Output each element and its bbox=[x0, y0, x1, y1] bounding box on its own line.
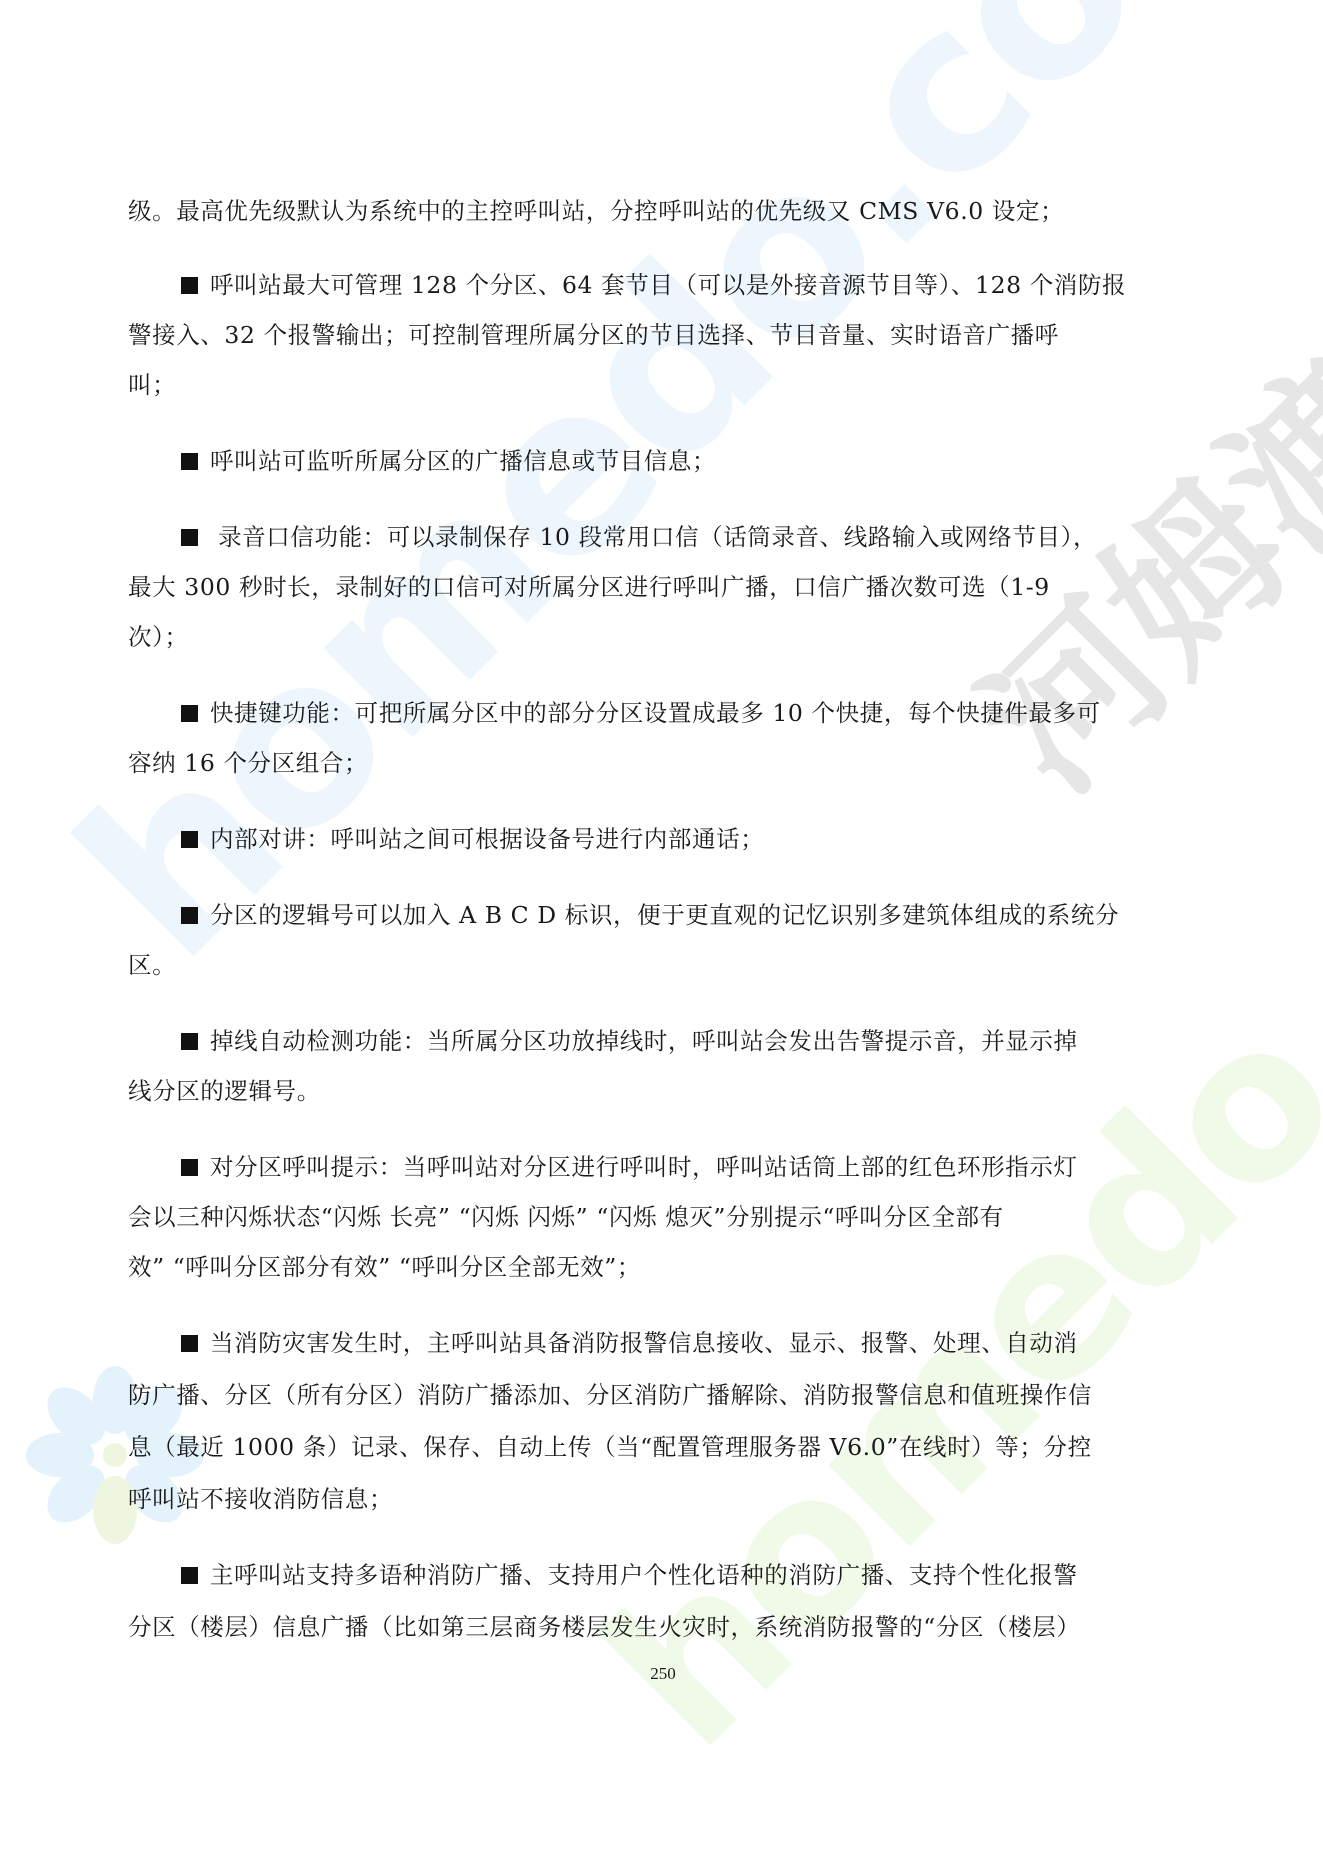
line-text: 内部对讲：呼叫站之间可根据设备号进行内部通话； bbox=[210, 825, 764, 853]
line-text: 线分区的逻辑号。 bbox=[128, 1077, 321, 1105]
paragraph-line: 息（最近 1000 条）记录、保存、自动上传（当“配置管理服务器 V6.0”在线… bbox=[128, 1432, 1092, 1462]
line-text: 掉线自动检测功能：当所属分区功放掉线时，呼叫站会发出告警提示音，并显示掉 bbox=[210, 1027, 1078, 1055]
bullet-paragraph-line: 录音口信功能：可以录制保存 10 段常用口信（话筒录音、线路输入或网络节目）， bbox=[181, 522, 1097, 552]
line-text: 容纳 16 个分区组合； bbox=[128, 749, 368, 777]
watermark-brand-text: 河姆渡 bbox=[920, 299, 1323, 833]
bullet-paragraph-line: 分区的逻辑号可以加入 A B C D 标识，便于更直观的记忆识别多建筑体组成的系… bbox=[181, 900, 1119, 930]
paragraph-line: 叫； bbox=[128, 370, 176, 400]
paragraph-line: 最大 300 秒时长，录制好的口信可对所属分区进行呼叫广播，口信广播次数可选（1… bbox=[128, 572, 1050, 602]
line-text: 会以三种闪烁状态“闪烁 长亮” “闪烁 闪烁” “闪烁 熄灭”分别提示“呼叫分区… bbox=[128, 1203, 1004, 1231]
line-text: 次）； bbox=[128, 623, 189, 651]
line-text: 录音口信功能：可以录制保存 10 段常用口信（话筒录音、线路输入或网络节目）， bbox=[210, 523, 1097, 551]
line-text: 息（最近 1000 条）记录、保存、自动上传（当“配置管理服务器 V6.0”在线… bbox=[128, 1433, 1092, 1461]
paragraph-line: 警接入、32 个报警输出；可控制管理所属分区的节目选择、节目音量、实时语音广播呼 bbox=[128, 320, 1059, 350]
square-bullet-icon bbox=[181, 1033, 198, 1050]
square-bullet-icon bbox=[181, 705, 198, 722]
line-text: 当消防灾害发生时，主呼叫站具备消防报警信息接收、显示、报警、处理、自动消 bbox=[210, 1329, 1078, 1357]
line-text: 效” “呼叫分区部分有效” “呼叫分区全部无效”； bbox=[128, 1253, 641, 1281]
square-bullet-icon bbox=[181, 831, 198, 848]
line-text: 警接入、32 个报警输出；可控制管理所属分区的节目选择、节目音量、实时语音广播呼 bbox=[128, 321, 1059, 349]
square-bullet-icon bbox=[181, 1335, 198, 1352]
square-bullet-icon bbox=[181, 453, 198, 470]
paragraph-line: 线分区的逻辑号。 bbox=[128, 1076, 321, 1106]
line-text: 叫； bbox=[128, 371, 176, 399]
bullet-paragraph-line: 掉线自动检测功能：当所属分区功放掉线时，呼叫站会发出告警提示音，并显示掉 bbox=[181, 1026, 1078, 1056]
page-number: 250 bbox=[128, 1664, 1198, 1684]
square-bullet-icon bbox=[181, 907, 198, 924]
paragraph-line: 会以三种闪烁状态“闪烁 长亮” “闪烁 闪烁” “闪烁 熄灭”分别提示“呼叫分区… bbox=[128, 1202, 1004, 1232]
paragraph-line: 效” “呼叫分区部分有效” “呼叫分区全部无效”； bbox=[128, 1252, 641, 1282]
line-text: 分区的逻辑号可以加入 A B C D 标识，便于更直观的记忆识别多建筑体组成的系… bbox=[210, 901, 1119, 929]
square-bullet-icon bbox=[181, 1567, 198, 1584]
bullet-paragraph-line: 快捷键功能：可把所属分区中的部分分区设置成最多 10 个快捷，每个快捷件最多可 bbox=[181, 698, 1101, 728]
bullet-paragraph-line: 主呼叫站支持多语种消防广播、支持用户个性化语种的消防广播、支持个性化报警 bbox=[181, 1560, 1078, 1590]
line-text: 最大 300 秒时长，录制好的口信可对所属分区进行呼叫广播，口信广播次数可选（1… bbox=[128, 573, 1050, 601]
line-text: 呼叫站不接收消防信息； bbox=[128, 1485, 393, 1513]
watermark-homedo-blue: homedo.com bbox=[30, 0, 1323, 1009]
bullet-paragraph-line: 呼叫站可监听所属分区的广播信息或节目信息； bbox=[181, 446, 716, 476]
paragraph-line: 分区（楼层）信息广播（比如第三层商务楼层发生火灾时，系统消防报警的“分区（楼层） bbox=[128, 1612, 1081, 1642]
line-text: 呼叫站最大可管理 128 个分区、64 套节目（可以是外接音源节目等）、128 … bbox=[210, 271, 1126, 299]
line-text: 防广播、分区（所有分区）消防广播添加、分区消防广播解除、消防报警信息和值班操作信 bbox=[128, 1381, 1092, 1409]
line-text: 快捷键功能：可把所属分区中的部分分区设置成最多 10 个快捷，每个快捷件最多可 bbox=[210, 699, 1101, 727]
line-text: 分区（楼层）信息广播（比如第三层商务楼层发生火灾时，系统消防报警的“分区（楼层） bbox=[128, 1613, 1081, 1641]
line-text: 级。最高优先级默认为系统中的主控呼叫站，分控呼叫站的优先级又 CMS V6.0 … bbox=[128, 197, 1064, 225]
paragraph-line: 容纳 16 个分区组合； bbox=[128, 748, 368, 778]
square-bullet-icon bbox=[181, 1159, 198, 1176]
paragraph-line: 区。 bbox=[128, 950, 176, 980]
paragraph-line: 次）； bbox=[128, 622, 189, 652]
square-bullet-icon bbox=[181, 529, 198, 546]
bullet-paragraph-line: 内部对讲：呼叫站之间可根据设备号进行内部通话； bbox=[181, 824, 764, 854]
paragraph-line: 级。最高优先级默认为系统中的主控呼叫站，分控呼叫站的优先级又 CMS V6.0 … bbox=[128, 196, 1064, 226]
line-text: 主呼叫站支持多语种消防广播、支持用户个性化语种的消防广播、支持个性化报警 bbox=[210, 1561, 1078, 1589]
paragraph-line: 防广播、分区（所有分区）消防广播添加、分区消防广播解除、消防报警信息和值班操作信 bbox=[128, 1380, 1092, 1410]
line-text: 呼叫站可监听所属分区的广播信息或节目信息； bbox=[210, 447, 716, 475]
bullet-paragraph-line: 当消防灾害发生时，主呼叫站具备消防报警信息接收、显示、报警、处理、自动消 bbox=[181, 1328, 1078, 1358]
line-text: 对分区呼叫提示：当呼叫站对分区进行呼叫时，呼叫站话筒上部的红色环形指示灯 bbox=[210, 1153, 1078, 1181]
bullet-paragraph-line: 对分区呼叫提示：当呼叫站对分区进行呼叫时，呼叫站话筒上部的红色环形指示灯 bbox=[181, 1152, 1078, 1182]
square-bullet-icon bbox=[181, 277, 198, 294]
bullet-paragraph-line: 呼叫站最大可管理 128 个分区、64 套节目（可以是外接音源节目等）、128 … bbox=[181, 270, 1126, 300]
paragraph-line: 呼叫站不接收消防信息； bbox=[128, 1484, 393, 1514]
line-text: 区。 bbox=[128, 951, 176, 979]
